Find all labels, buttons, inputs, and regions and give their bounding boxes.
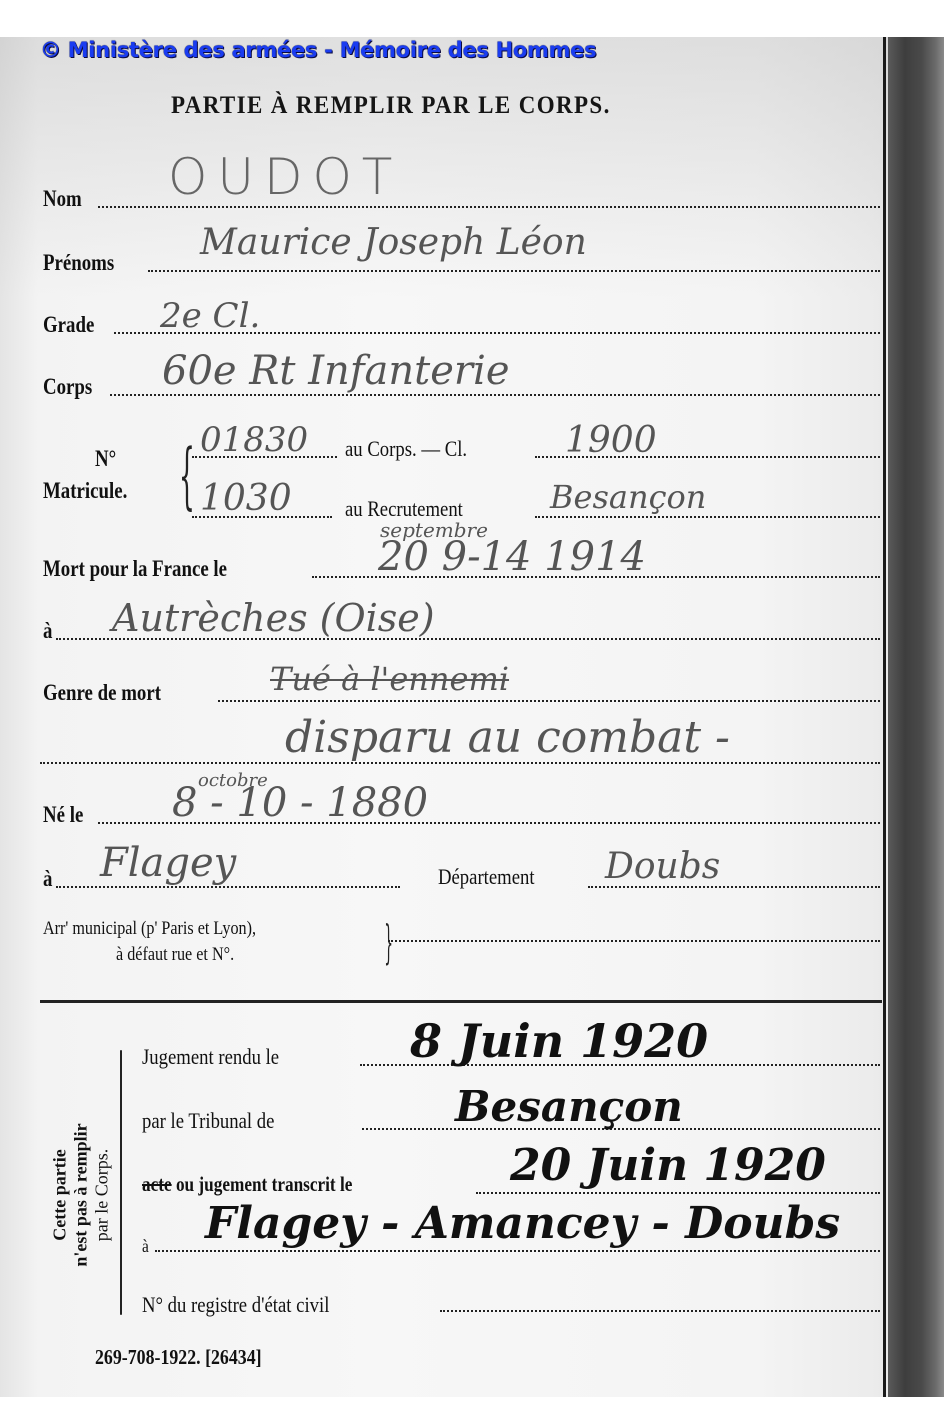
transcrit-value: 20 Juin 1920 xyxy=(510,1140,826,1191)
registre-dotted-line xyxy=(440,1310,880,1312)
recrutement-place-value: Besançon xyxy=(550,478,706,516)
side-note-brace xyxy=(120,1050,122,1315)
ne-le-value: 8 - 10 - 1880 xyxy=(172,780,428,826)
tribunal-value: Besançon xyxy=(455,1082,683,1131)
transcrit-label-group: acte ou jugement transcrit le xyxy=(142,1172,352,1197)
nom-dotted-line xyxy=(98,206,880,208)
corps-number-value: 01830 xyxy=(200,420,308,460)
jugement-rendu-label: Jugement rendu le xyxy=(142,1044,279,1070)
arrondissement-label-1: Arr' municipal (p' Paris et Lyon), xyxy=(43,918,256,940)
arrondissement-dotted-line xyxy=(388,940,880,942)
corps-value: 60e Rt Infanterie xyxy=(162,348,510,394)
ne-a-value: Flagey xyxy=(100,840,236,886)
side-note-line-2: n'est pas à remplir xyxy=(71,1123,92,1266)
arrondissement-brace: } xyxy=(384,914,393,970)
arrondissement-label-2: à défaut rue et N°. xyxy=(116,944,234,966)
lieu-label: à xyxy=(142,1236,149,1257)
genre-de-mort-value: disparu au combat - xyxy=(285,712,730,763)
grade-value: 2e Cl. xyxy=(160,296,260,336)
corps-suffix-label: au Corps. — Cl. xyxy=(345,436,467,462)
recrutement-number-value: 1030 xyxy=(200,478,292,519)
recrutement-dotted-line xyxy=(535,516,880,518)
mort-a-label: à xyxy=(43,618,52,644)
page-edge-line xyxy=(883,37,886,1397)
genre-de-mort-dotted-line xyxy=(218,700,880,702)
jugement-rendu-value: 8 Juin 1920 xyxy=(410,1014,708,1068)
tribunal-label: par le Tribunal de xyxy=(142,1108,274,1134)
registre-label: N° du registre d'état civil xyxy=(142,1292,329,1318)
side-note-line-1: Cette partie xyxy=(50,1123,71,1266)
grade-label: Grade xyxy=(43,312,94,338)
lieu-value: Flagey - Amancey - Doubs xyxy=(205,1198,840,1249)
nom-label: Nom xyxy=(43,186,82,212)
mort-le-label: Mort pour la France le xyxy=(43,556,227,582)
classe-value: 1900 xyxy=(565,420,657,461)
lieu-dotted-line xyxy=(155,1250,880,1252)
corps-label: Corps xyxy=(43,374,92,400)
matricule-label-no: N° xyxy=(95,446,116,472)
side-note-line-3: par le Corps. xyxy=(92,1123,113,1266)
ne-a-dotted-line xyxy=(56,886,400,888)
transcrit-struck-prefix: acte xyxy=(142,1172,172,1196)
mort-a-value: Autrèches (Oise) xyxy=(112,596,435,640)
transcrit-dotted-line xyxy=(476,1192,880,1194)
transcrit-label: ou jugement transcrit le xyxy=(176,1172,352,1196)
nom-value: OUDOT xyxy=(168,148,402,206)
section-separator xyxy=(40,1000,882,1003)
print-reference: 269-708-1922. [26434] xyxy=(95,1345,262,1370)
corps-dotted-line xyxy=(110,394,880,396)
genre-de-mort-struck-value: Tué à l'ennemi xyxy=(270,660,509,698)
copyright-watermark: © Ministère des armées - Mémoire des Hom… xyxy=(40,38,596,62)
matricule-brace: { xyxy=(179,430,195,520)
ne-le-label: Né le xyxy=(43,802,83,828)
prenoms-dotted-line xyxy=(148,270,880,272)
binding-shadow xyxy=(888,37,944,1397)
departement-label: Département xyxy=(438,864,535,890)
ne-a-label: à xyxy=(43,866,52,892)
prenoms-value: Maurice Joseph Léon xyxy=(200,222,587,263)
mort-le-value: 20 9-14 1914 xyxy=(378,534,646,580)
matricule-label: Matricule. xyxy=(43,478,127,504)
prenoms-label: Prénoms xyxy=(43,250,114,276)
form-title: PARTIE À REMPLIR PAR LE CORPS. xyxy=(171,92,611,120)
genre-de-mort-label: Genre de mort xyxy=(43,680,161,706)
departement-value: Doubs xyxy=(605,846,720,887)
